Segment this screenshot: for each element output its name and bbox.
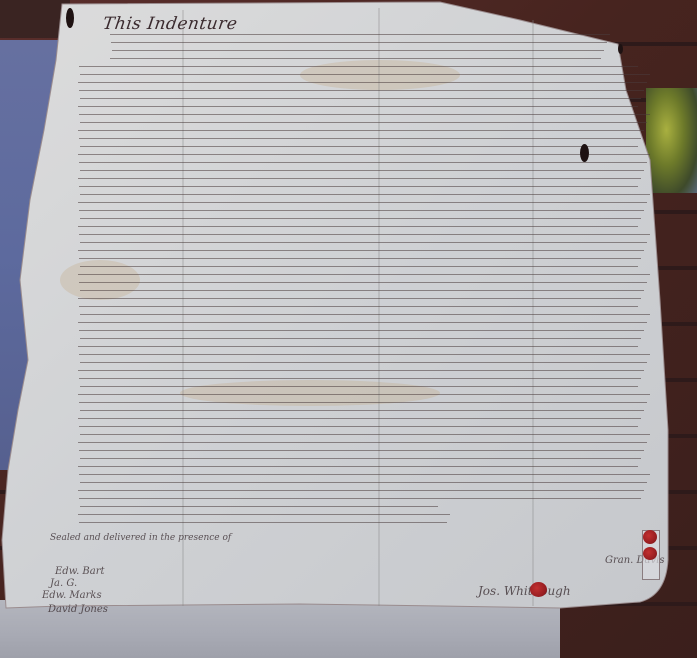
handwriting-line [78, 82, 647, 83]
handwriting-line [79, 354, 650, 355]
handwriting-line [80, 218, 641, 219]
handwriting-line [79, 234, 650, 235]
handwriting-line [78, 514, 450, 515]
handwriting-line [78, 490, 644, 491]
handwriting-line [79, 522, 447, 523]
handwriting-line [79, 90, 644, 91]
handwriting-line [80, 242, 647, 243]
parchment-document: This Indenture Sealed and delivered in t… [0, 0, 697, 658]
handwriting-line [80, 506, 438, 507]
handwriting-line [80, 194, 650, 195]
handwriting-line [80, 386, 638, 387]
handwriting-line [80, 266, 638, 267]
handwriting-line [78, 346, 638, 347]
document-title: This Indenture [102, 14, 239, 34]
handwriting-line [79, 114, 650, 115]
handwriting-line [78, 130, 644, 131]
handwriting-line [78, 322, 647, 323]
witness-signature: Edw. Marks [42, 590, 102, 601]
handwriting-line [78, 250, 644, 251]
handwriting-line [110, 58, 601, 59]
wax-seal [643, 547, 657, 560]
handwriting-line [80, 146, 638, 147]
handwriting-line [78, 418, 641, 419]
handwriting-line [79, 210, 644, 211]
handwriting-line [79, 186, 638, 187]
handwriting-line [79, 426, 638, 427]
main-signature: Jos. Whitbough [478, 584, 571, 598]
handwriting-line [80, 122, 647, 123]
handwriting-line [79, 258, 641, 259]
wax-seal [643, 530, 657, 544]
hole [66, 8, 74, 28]
handwriting-line [78, 298, 641, 299]
handwriting-line [78, 274, 650, 275]
handwriting-line [79, 66, 638, 67]
handwriting-line [110, 34, 610, 35]
handwriting-line [79, 402, 647, 403]
handwriting-line [80, 98, 641, 99]
handwriting-line [78, 226, 638, 227]
hole [618, 44, 623, 54]
handwriting-line [79, 474, 650, 475]
hole [580, 144, 589, 162]
handwriting-line [79, 330, 644, 331]
handwriting-line [78, 202, 647, 203]
handwriting-line [80, 410, 644, 411]
handwriting-line [80, 170, 644, 171]
handwriting-line [79, 162, 647, 163]
handwriting-line [80, 434, 650, 435]
handwriting-line [78, 178, 641, 179]
handwriting-line [78, 106, 638, 107]
witness-signature: David Jones [48, 604, 108, 615]
handwriting-line [78, 154, 650, 155]
handwriting-line [79, 306, 638, 307]
handwriting-line [78, 466, 638, 467]
handwriting-line [80, 458, 641, 459]
handwriting-line [112, 50, 604, 51]
handwriting-line [79, 282, 647, 283]
handwriting-line [80, 74, 650, 75]
handwriting-line [79, 378, 641, 379]
witness-signature: Ja. G. [50, 578, 77, 589]
wax-seal [530, 582, 547, 597]
witness-signature: Edw. Bart [55, 566, 105, 577]
handwriting-line [78, 370, 644, 371]
handwritten-text-block [70, 34, 660, 534]
handwriting-line [78, 394, 650, 395]
handwriting-line [79, 138, 641, 139]
handwriting-line [80, 338, 641, 339]
handwriting-line [79, 498, 641, 499]
handwriting-line [80, 482, 647, 483]
handwriting-line [111, 42, 607, 43]
handwriting-line [80, 314, 650, 315]
handwriting-line [80, 362, 647, 363]
handwriting-line [79, 450, 644, 451]
handwriting-line [80, 290, 644, 291]
handwriting-line [78, 442, 647, 443]
witness-text: Sealed and delivered in the presence of [50, 533, 231, 543]
